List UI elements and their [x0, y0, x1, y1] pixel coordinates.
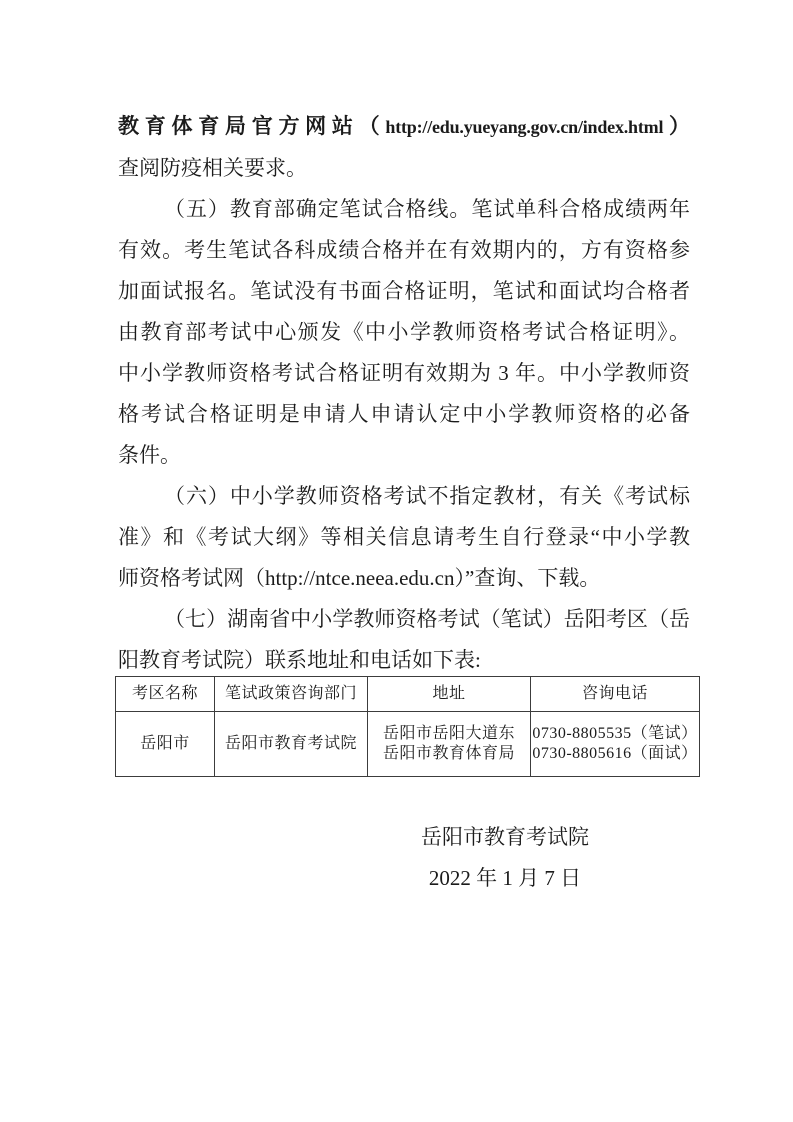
doc-line-item5-5: 中小学教师资格考试合格证明有效期为 3 年。中小学教师资	[118, 353, 690, 394]
address-line-1: 岳阳市岳阳大道东	[368, 724, 530, 744]
doc-line-item5-6: 格考试合格证明是申请人申请认定中小学教师资格的必备	[118, 394, 690, 435]
header-cell-region: 考区名称	[116, 677, 215, 712]
header-cell-address: 地址	[368, 677, 531, 712]
cell-region: 岳阳市	[116, 712, 215, 777]
doc-line-item5-3: 加面试报名。笔试没有书面合格证明，笔试和面试均合格者	[118, 271, 690, 312]
table-data-row: 岳阳市 岳阳市教育考试院 岳阳市岳阳大道东 岳阳市教育体育局 0730-8805…	[116, 712, 700, 777]
table-header-row: 考区名称 笔试政策咨询部门 地址 咨询电话	[116, 677, 700, 712]
website-line-prefix: 教育体育局官方网站（	[118, 114, 385, 138]
cell-address: 岳阳市岳阳大道东 岳阳市教育体育局	[368, 712, 531, 777]
doc-line-item5-7: 条件。	[118, 435, 690, 476]
website-url: http://edu.yueyang.gov.cn/index.html	[385, 117, 663, 137]
header-cell-department: 笔试政策咨询部门	[215, 677, 368, 712]
doc-line-item6-2: 准》和《考试大纲》等相关信息请考生自行登录“中小学教	[118, 517, 690, 558]
signature-date: 2022 年 1 月 7 日	[385, 858, 625, 899]
website-line-suffix: ）	[663, 114, 690, 138]
signature-block: 岳阳市教育考试院 2022 年 1 月 7 日	[385, 817, 625, 899]
cell-phone: 0730-8805535（笔试） 0730-8805616（面试）	[531, 712, 700, 777]
doc-line-item7-1: （七）湖南省中小学教师资格考试（笔试）岳阳考区（岳	[118, 599, 690, 640]
cell-department: 岳阳市教育考试院	[215, 712, 368, 777]
phone-line-written-test: 0730-8805535（笔试）	[531, 724, 699, 744]
doc-line-item6-3: 师资格考试网（http://ntce.neea.edu.cn）”查询、下载。	[118, 558, 690, 599]
doc-line-item6-1: （六）中小学教师资格考试不指定教材，有关《考试标	[118, 476, 690, 517]
signature-org: 岳阳市教育考试院	[385, 817, 625, 858]
document-page: { "document": { "colors": { "background"…	[0, 0, 793, 1122]
doc-line-epidemic-note: 查阅防疫相关要求。	[118, 148, 690, 189]
doc-line-item5-2: 有效。考生笔试各科成绩合格并在有效期内的，方有资格参	[118, 230, 690, 271]
phone-line-interview: 0730-8805616（面试）	[531, 744, 699, 764]
website-line: 教育体育局官方网站（http://edu.yueyang.gov.cn/inde…	[118, 106, 690, 148]
address-line-2: 岳阳市教育体育局	[368, 744, 530, 764]
doc-line-item7-2: 阳教育考试院）联系地址和电话如下表:	[118, 640, 690, 681]
doc-line-item5-1: （五）教育部确定笔试合格线。笔试单科合格成绩两年	[118, 189, 690, 230]
header-cell-phone: 咨询电话	[531, 677, 700, 712]
exam-contact-table: 考区名称 笔试政策咨询部门 地址 咨询电话 岳阳市 岳阳市教育考试院 岳阳市岳阳…	[115, 676, 700, 777]
doc-line-item5-4: 由教育部考试中心颁发《中小学教师资格考试合格证明》。	[118, 312, 690, 353]
document-content: 教育体育局官方网站（http://edu.yueyang.gov.cn/inde…	[118, 106, 690, 899]
